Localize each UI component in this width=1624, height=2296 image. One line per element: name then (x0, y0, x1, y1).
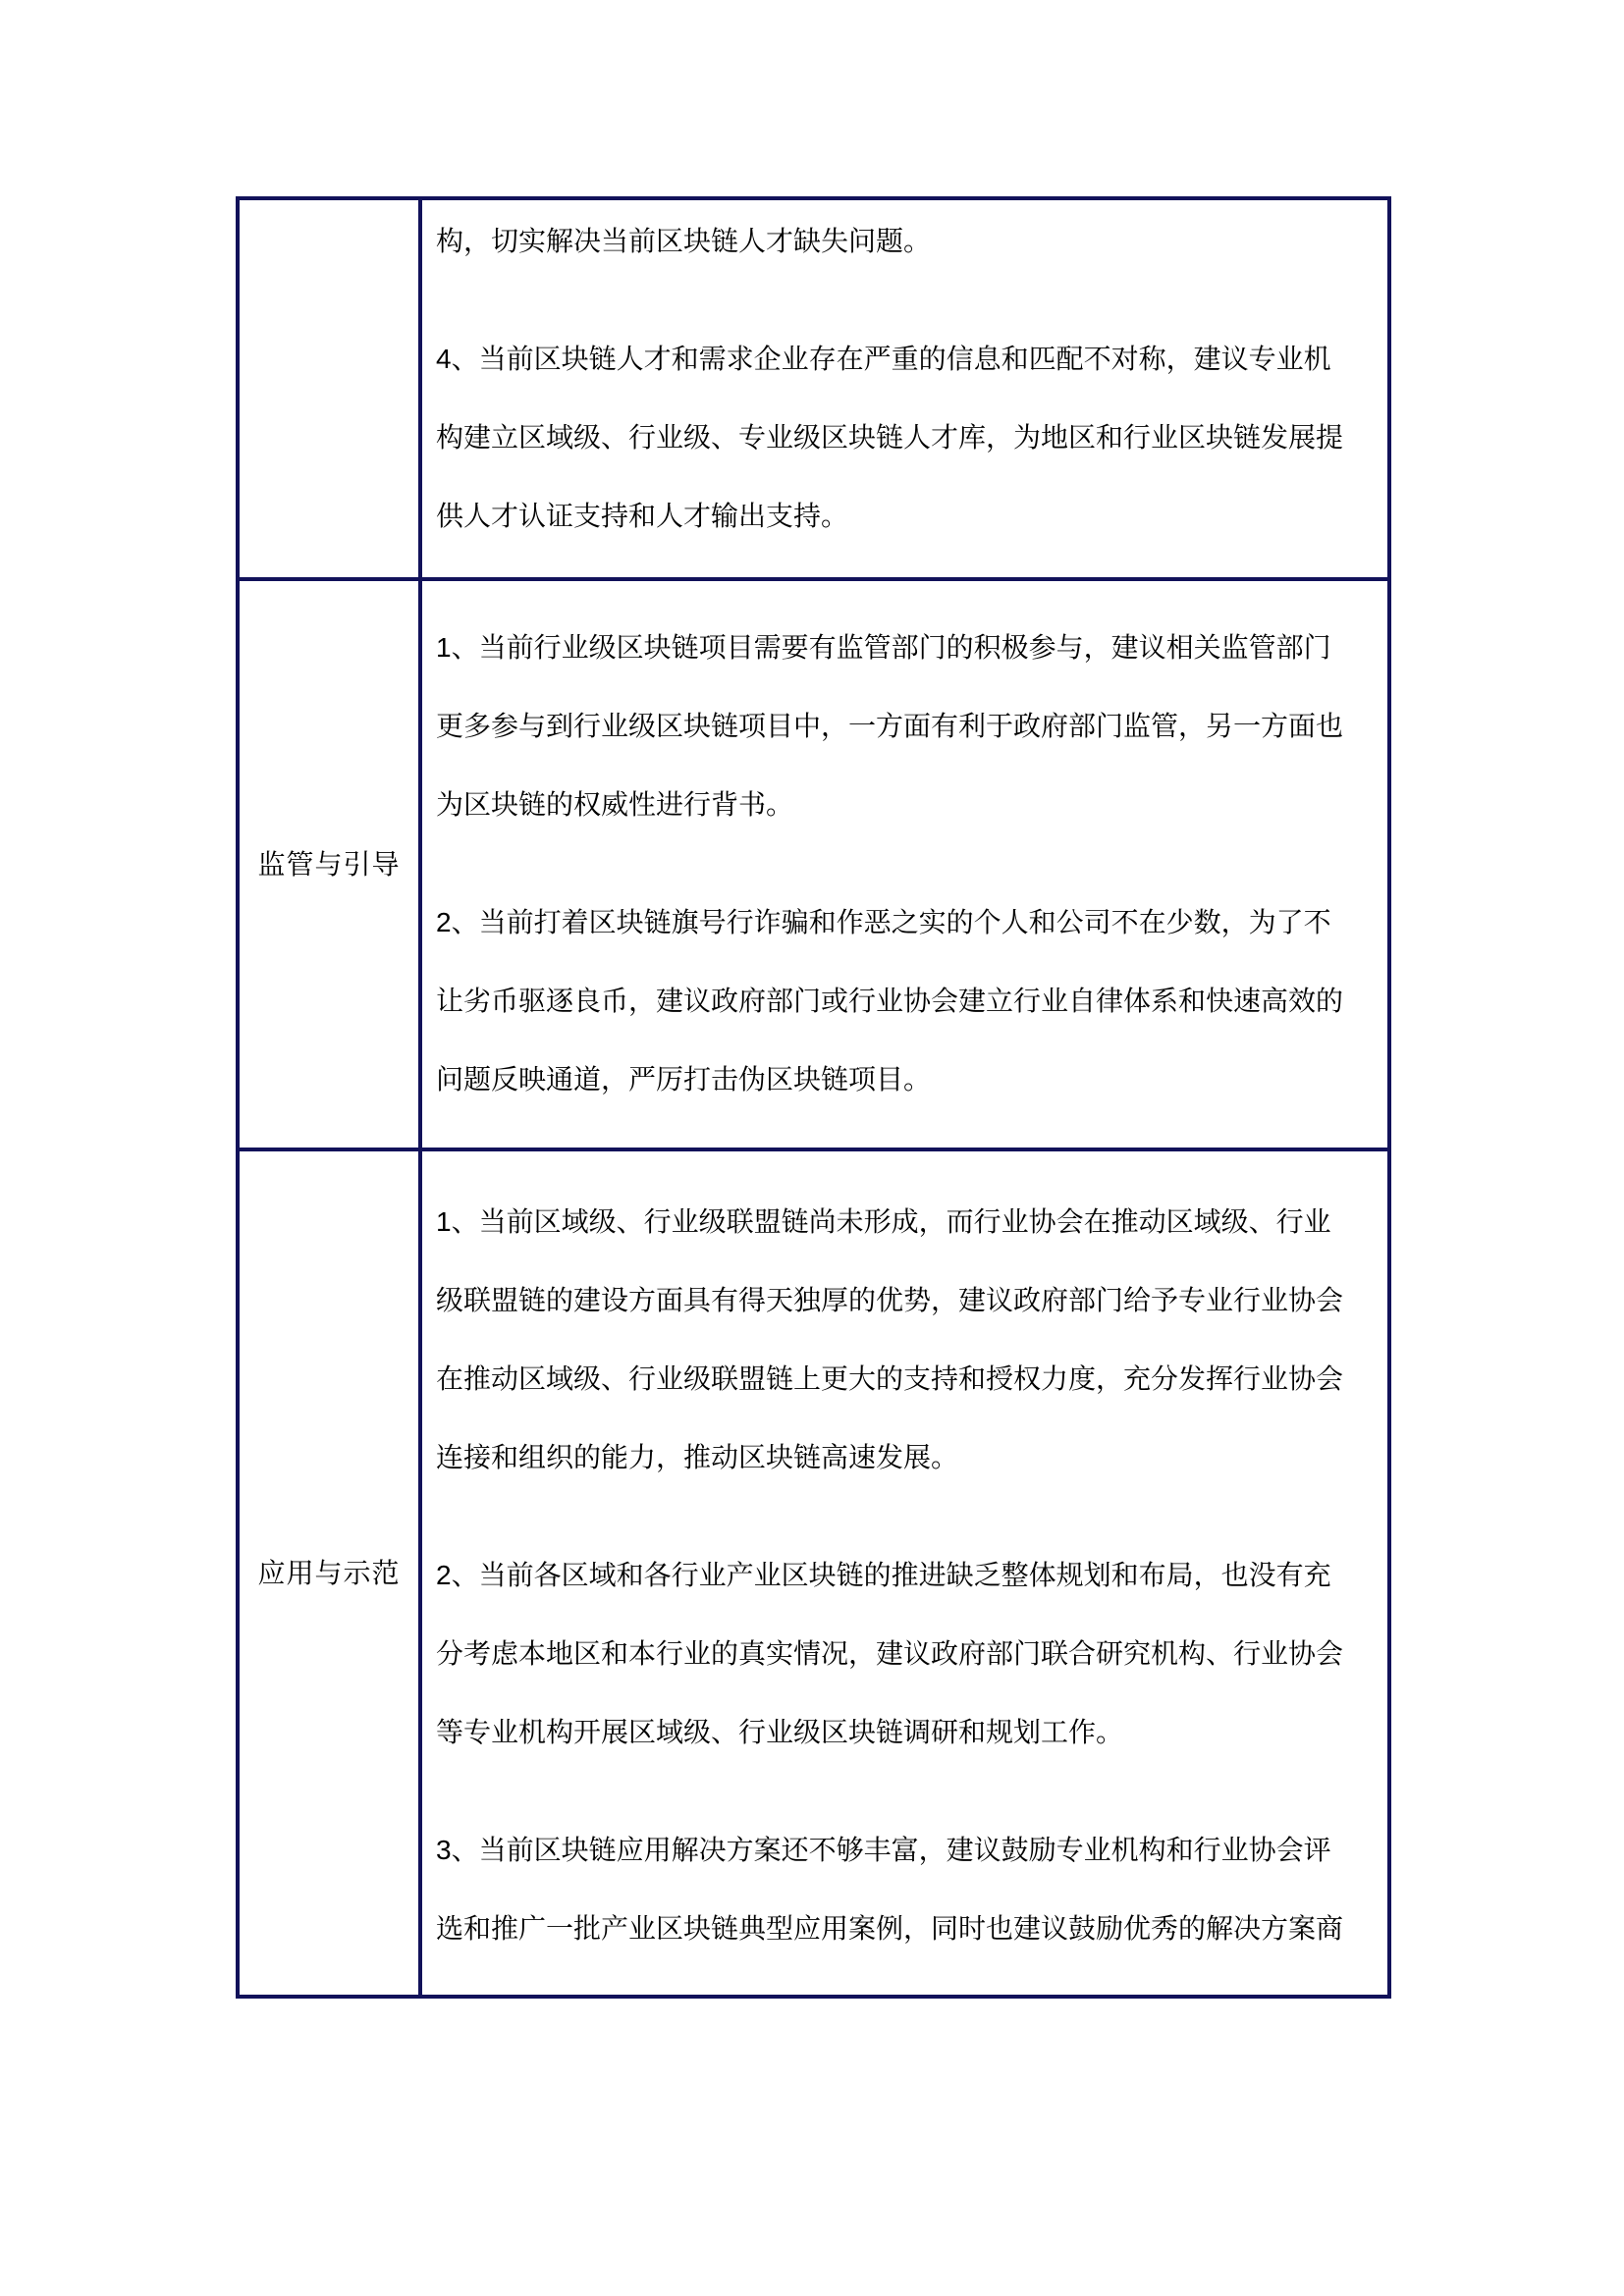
row-label-application: 应用与示范 (240, 1151, 418, 1995)
recommendations-table: 构，切实解决当前区块链人才缺失问题。 4、当前区块链人才和需求企业存在严重的信息… (236, 196, 1391, 1999)
paragraph: 2、当前打着区块链旗号行诈骗和作恶之实的个人和公司不在少数，为了不让劣币驱逐良币… (436, 883, 1354, 1119)
row-content-cell: 1、当前行业级区块链项目需要有监管部门的积极参与，建议相关监管部门更多参与到行业… (418, 581, 1387, 1148)
paragraph: 4、当前区块链人才和需求企业存在严重的信息和匹配不对称，建议专业机构建立区域级、… (436, 320, 1354, 556)
row-content-cell: 1、当前区域级、行业级联盟链尚未形成，而行业协会在推动区域级、行业级联盟链的建设… (418, 1151, 1387, 1995)
row-label-supervision: 监管与引导 (240, 581, 418, 1148)
table-row-application: 应用与示范 1、当前区域级、行业级联盟链尚未形成，而行业协会在推动区域级、行业级… (240, 1151, 1387, 1995)
row-label-cell-empty (240, 200, 418, 577)
paragraph: 2、当前各区域和各行业产业区块链的推进缺乏整体规划和布局，也没有充分考虑本地区和… (436, 1536, 1354, 1772)
table-row-continuation: 构，切实解决当前区块链人才缺失问题。 4、当前区块链人才和需求企业存在严重的信息… (240, 200, 1387, 581)
document-page: 构，切实解决当前区块链人才缺失问题。 4、当前区块链人才和需求企业存在严重的信息… (0, 0, 1624, 2296)
row-content-cell: 构，切实解决当前区块链人才缺失问题。 4、当前区块链人才和需求企业存在严重的信息… (418, 200, 1387, 577)
paragraph: 1、当前行业级区块链项目需要有监管部门的积极参与，建议相关监管部门更多参与到行业… (436, 609, 1354, 844)
table-row-supervision: 监管与引导 1、当前行业级区块链项目需要有监管部门的积极参与，建议相关监管部门更… (240, 581, 1387, 1151)
paragraph: 1、当前区域级、行业级联盟链尚未形成，而行业协会在推动区域级、行业级联盟链的建设… (436, 1183, 1354, 1497)
paragraph: 构，切实解决当前区块链人才缺失问题。 (436, 202, 1354, 281)
paragraph: 3、当前区块链应用解决方案还不够丰富，建议鼓励专业机构和行业协会评选和推广一批产… (436, 1811, 1354, 1968)
